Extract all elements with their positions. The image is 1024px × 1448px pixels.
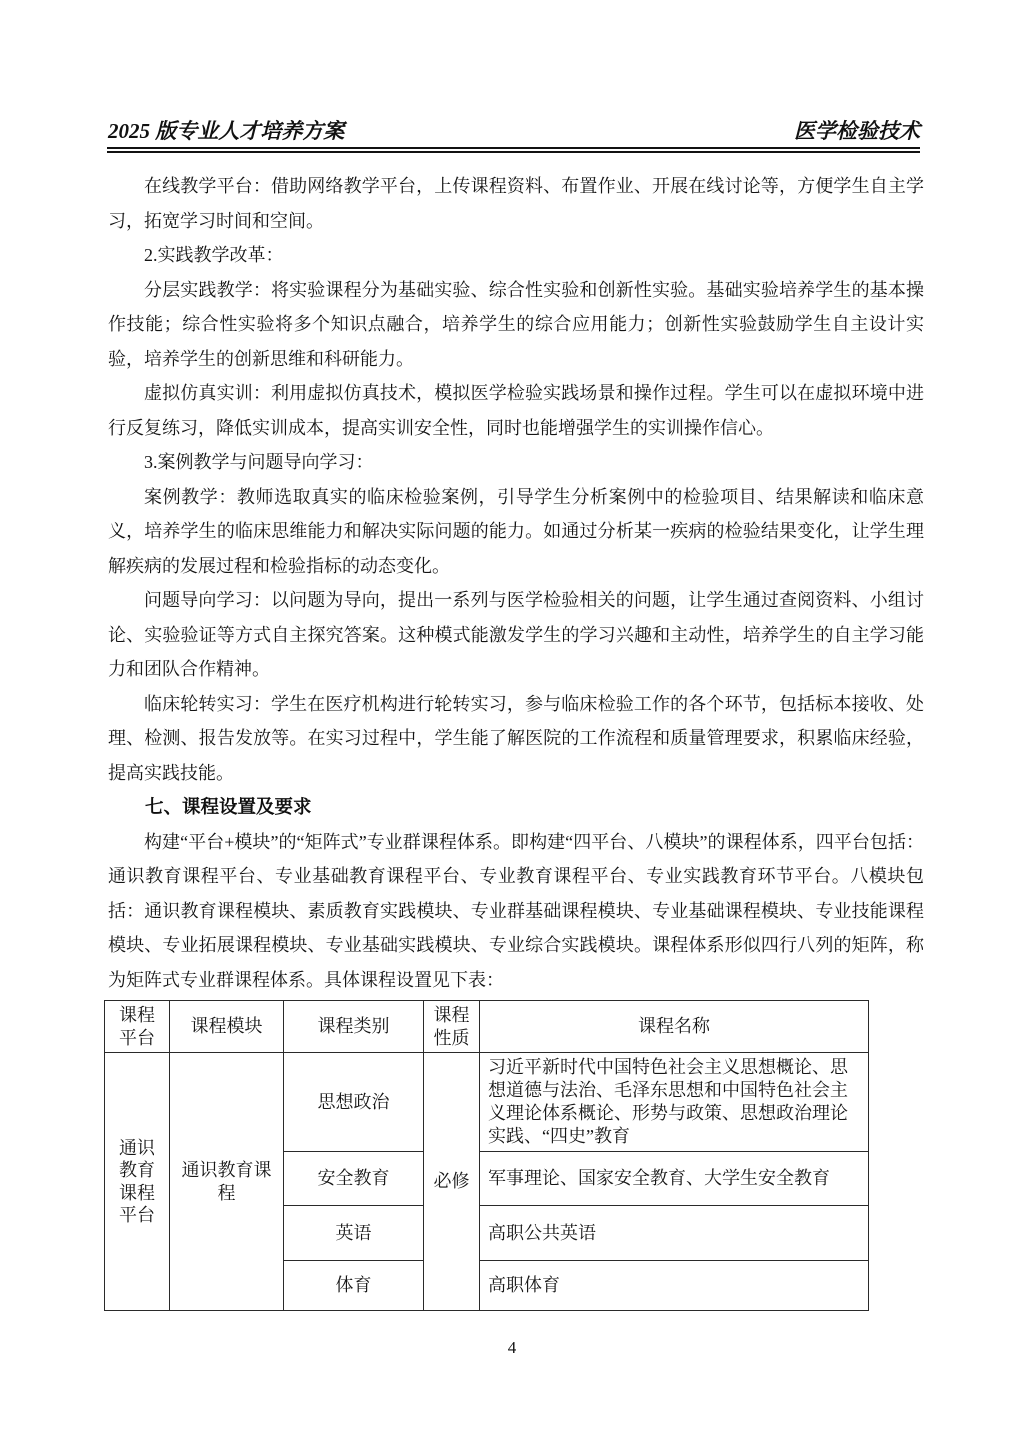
paragraph-case-teaching: 案例教学：教师选取真实的临床检验案例，引导学生分析案例中的检验项目、结果解读和临… (108, 480, 924, 584)
cell-category-safety: 安全教育 (284, 1152, 424, 1206)
cell-category-english: 英语 (284, 1206, 424, 1261)
cell-courses-safety: 军事理论、国家安全教育、大学生安全教育 (480, 1152, 869, 1206)
cell-nature-required: 必修 (424, 1053, 480, 1311)
paragraph-clinical-rotation: 临床轮转实习：学生在医疗机构进行轮转实习，参与临床检验工作的各个环节，包括标本接… (108, 687, 924, 791)
header-cell-module: 课程模块 (170, 1001, 284, 1053)
header-cell-platform: 课程平台 (105, 1001, 170, 1053)
header-rule (107, 147, 920, 153)
table-header-row: 课程平台 课程模块 课程类别 课程性质 课程名称 (105, 1001, 869, 1053)
cell-courses-ideology: 习近平新时代中国特色社会主义思想概论、思想道德与法治、毛泽东思想和中国特色社会主… (480, 1053, 869, 1152)
cell-courses-english: 高职公共英语 (480, 1206, 869, 1261)
paragraph-problem-based-learning: 问题导向学习：以问题为导向，提出一系列与医学检验相关的问题，让学生通过查阅资料、… (108, 583, 924, 687)
cell-platform-general-education: 通识教育课程平台 (105, 1053, 170, 1311)
header-cell-category: 课程类别 (284, 1001, 424, 1053)
section-heading: 七、课程设置及要求 (108, 790, 924, 825)
paragraph-online-teaching: 在线教学平台：借助网络教学平台，上传课程资料、布置作业、开展在线讨论等，方便学生… (108, 169, 924, 238)
header-right-title: 医学检验技术 (794, 120, 920, 142)
header-rule-bottom-line (107, 151, 920, 153)
page-number: 4 (0, 1338, 1024, 1358)
header-cell-nature: 课程性质 (424, 1001, 480, 1053)
table-row-ideology: 通识教育课程平台 通识教育课程 思想政治 必修 习近平新时代中国特色社会主义思想… (105, 1053, 869, 1152)
header-left-title: 2025 版专业人才培养方案 (108, 120, 344, 142)
paragraph-layered-practice: 分层实践教学：将实验课程分为基础实验、综合性实验和创新性实验。基础实验培养学生的… (108, 273, 924, 377)
paragraph-practice-reform-label: 2.实践教学改革： (108, 238, 924, 273)
header-rule-top-line (107, 147, 920, 149)
header-cell-name: 课程名称 (480, 1001, 869, 1053)
cell-module-general-education: 通识教育课程 (170, 1053, 284, 1311)
cell-courses-pe: 高职体育 (480, 1261, 869, 1311)
paragraph-case-teaching-label: 3.案例教学与问题导向学习： (108, 445, 924, 480)
paragraph-virtual-simulation: 虚拟仿真实训：利用虚拟仿真技术，模拟医学检验实践场景和操作过程。学生可以在虚拟环… (108, 376, 924, 445)
running-header: 2025 版专业人才培养方案 医学检验技术 (108, 120, 920, 142)
course-table: 课程平台 课程模块 课程类别 课程性质 课程名称 通识教育课程平台 通识教育课程… (104, 1000, 869, 1311)
paragraph-curriculum-intro: 构建“平台+模块”的“矩阵式”专业群课程体系。即构建“四平台、八模块”的课程体系… (108, 825, 924, 998)
document-page: 2025 版专业人才培养方案 医学检验技术 在线教学平台：借助网络教学平台，上传… (0, 0, 1024, 1448)
cell-category-ideology: 思想政治 (284, 1053, 424, 1152)
cell-category-pe: 体育 (284, 1261, 424, 1311)
document-body: 在线教学平台：借助网络教学平台，上传课程资料、布置作业、开展在线讨论等，方便学生… (108, 169, 924, 1311)
